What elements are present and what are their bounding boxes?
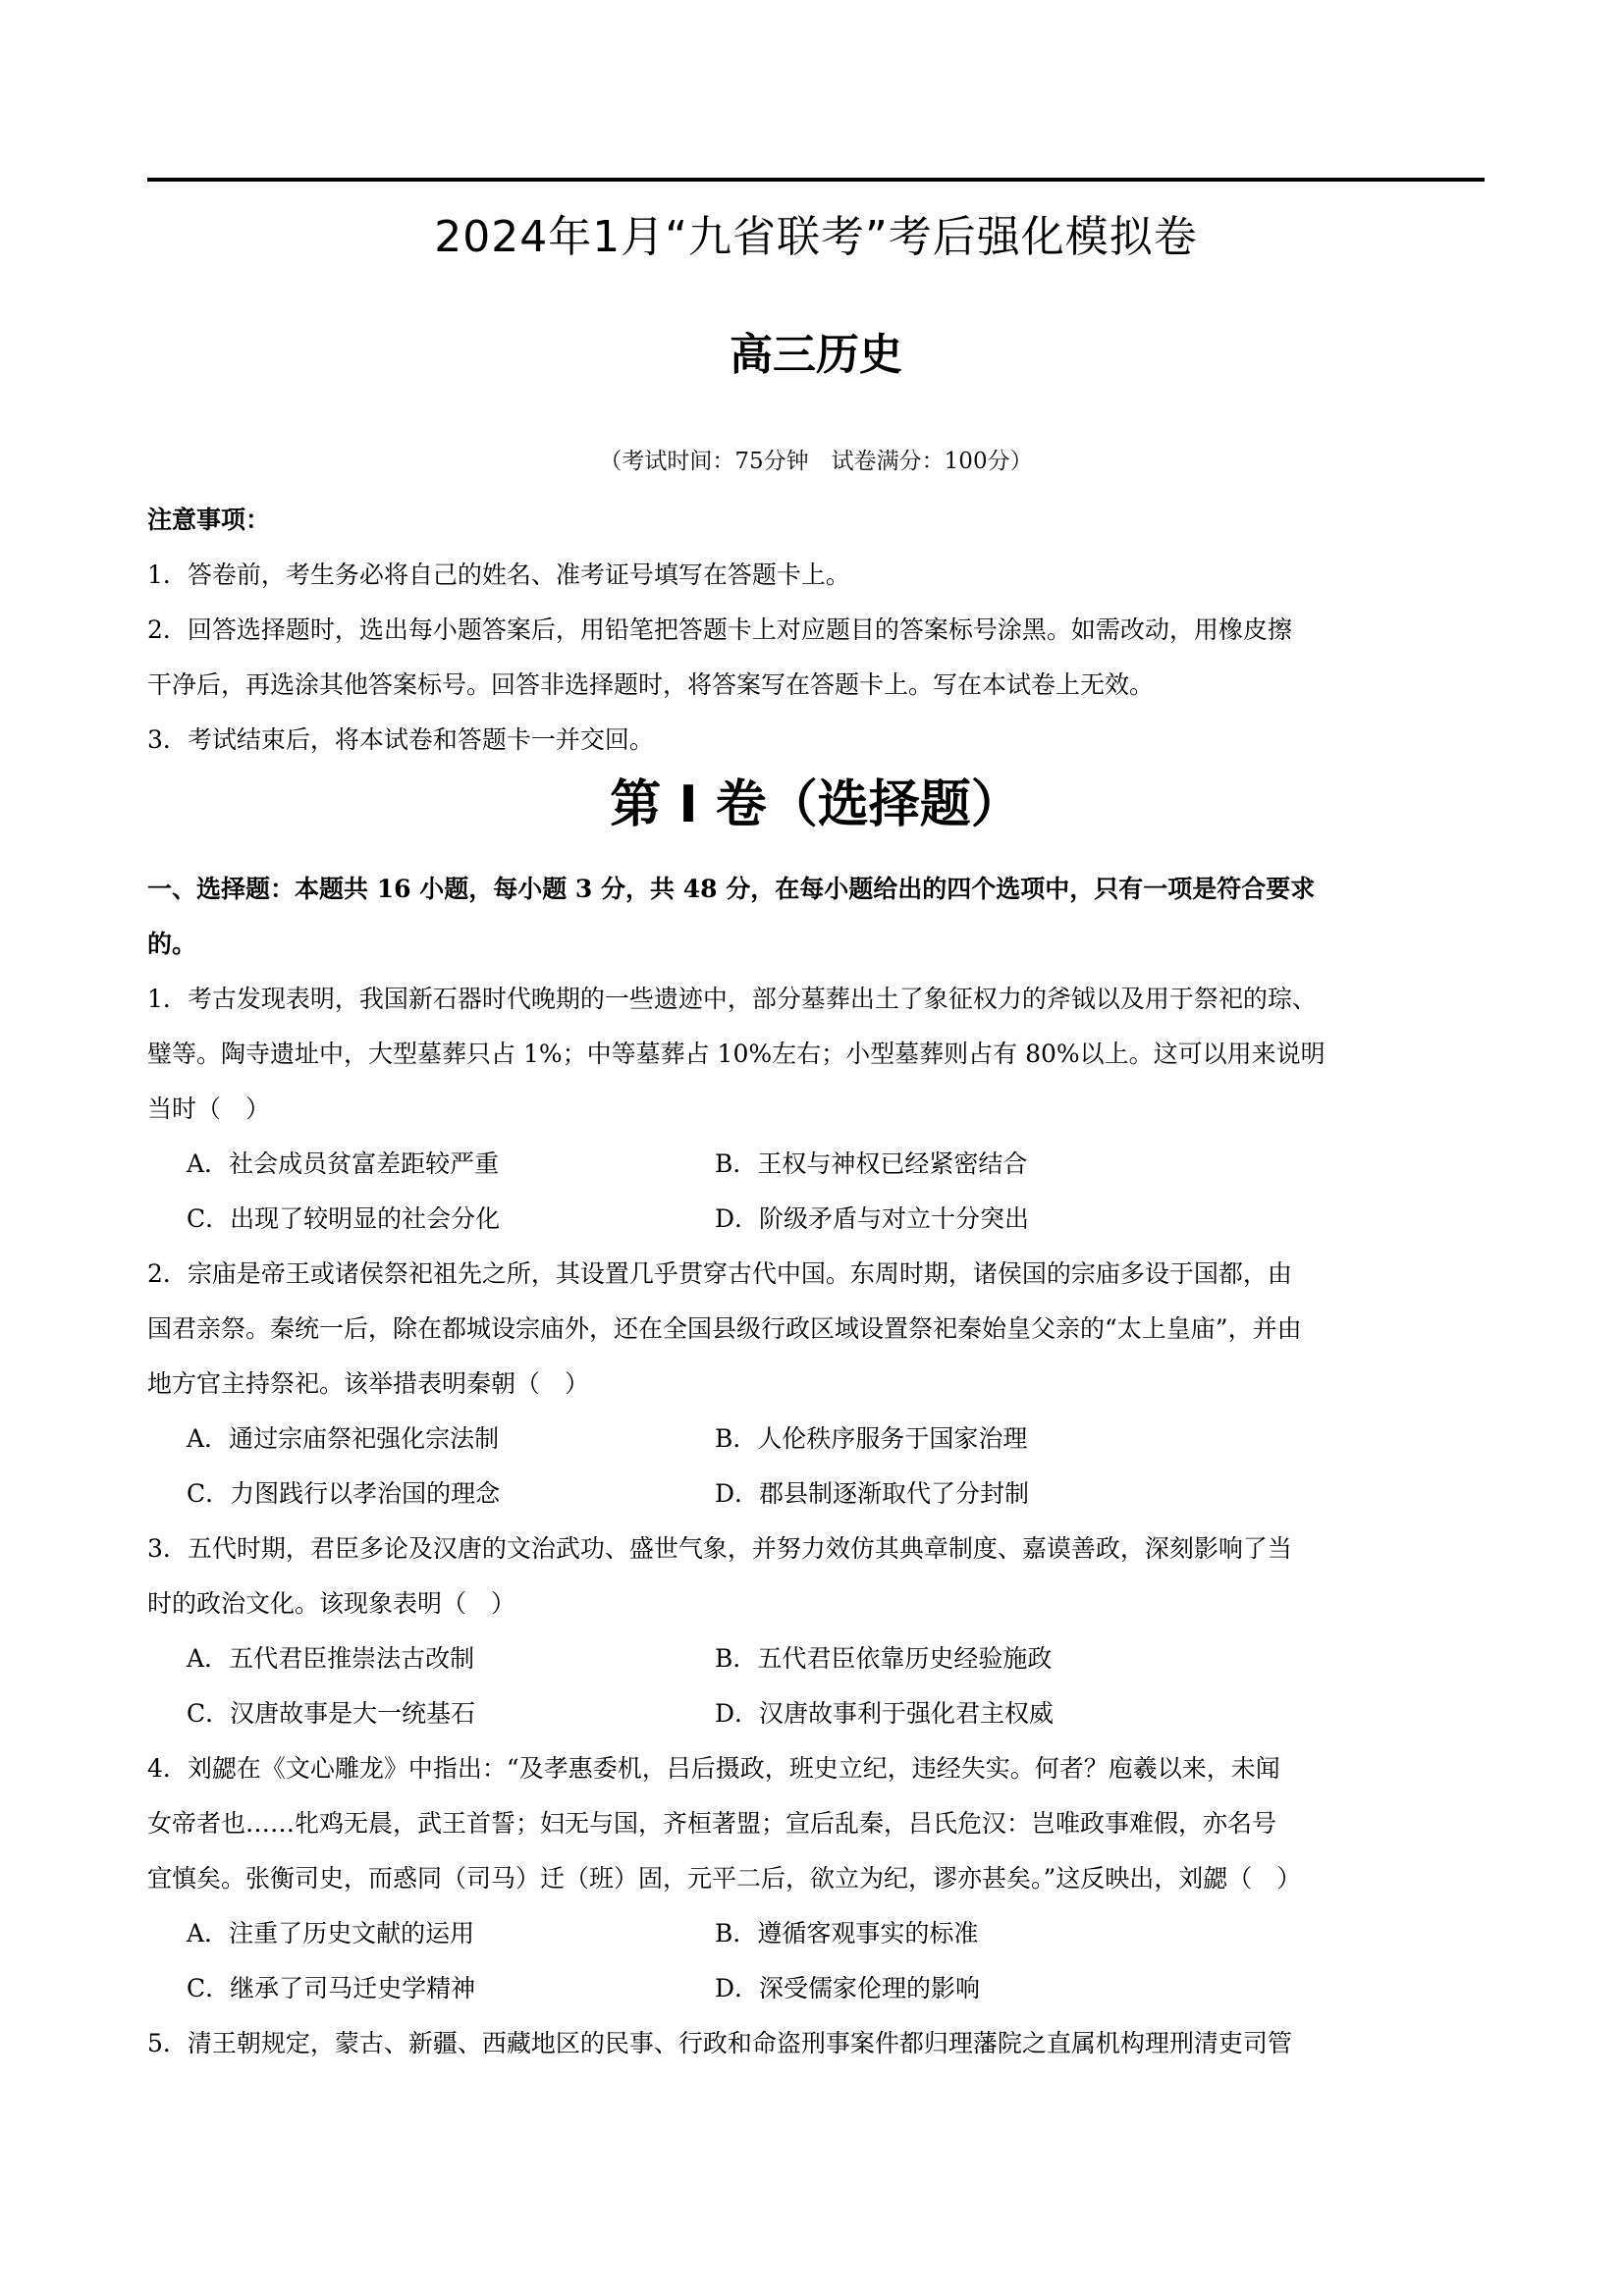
- option-letter: D．: [715, 1192, 759, 1247]
- question-2: 2．宗庙是帝王或诸侯祭祀祖先之所，其设置几乎贯穿古代中国。东周时期，诸侯国的宗庙…: [147, 1247, 1485, 1522]
- question-stem: 璧等。陶寺遗址中，大型墓葬只占 1%；中等墓葬占 10%左右；小型墓葬则占有 8…: [147, 1027, 1485, 1082]
- option-letter: A．: [187, 1631, 229, 1686]
- option-text: 遵循客观事实的标准: [757, 1919, 978, 1948]
- option-text: 五代君臣依靠历史经验施政: [757, 1644, 1052, 1673]
- exam-subject: 高三历史: [147, 326, 1485, 385]
- options-row: A．注重了历史文献的运用 B．遵循客观事实的标准: [147, 1906, 1485, 1961]
- option-text: 力图践行以孝治国的理念: [230, 1479, 500, 1508]
- option-letter: D．: [715, 1467, 759, 1522]
- options-row: C．出现了较明显的社会分化 D．阶级矛盾与对立十分突出: [147, 1192, 1485, 1247]
- option-text: 郡县制逐渐取代了分封制: [759, 1479, 1029, 1508]
- options-row: C．继承了司马迁史学精神 D．深受儒家伦理的影响: [147, 1961, 1485, 2016]
- options-row: A．通过宗庙祭祀强化宗法制 B．人伦秩序服务于国家治理: [147, 1412, 1485, 1467]
- question-stem: 地方官主持祭祀。该举措表明秦朝（ ）: [147, 1357, 1485, 1412]
- option-letter: A．: [187, 1137, 229, 1192]
- option-a[interactable]: A．五代君臣推崇法古改制: [187, 1631, 474, 1686]
- question-stem: 2．宗庙是帝王或诸侯祭祀祖先之所，其设置几乎贯穿古代中国。东周时期，诸侯国的宗庙…: [147, 1247, 1485, 1302]
- question-stem: 5．清王朝规定，蒙古、新疆、西藏地区的民事、行政和命盗刑事案件都归理藩院之直属机…: [147, 2016, 1485, 2071]
- option-text: 社会成员贫富差距较严重: [229, 1149, 499, 1178]
- option-d[interactable]: D．阶级矛盾与对立十分突出: [715, 1192, 1029, 1247]
- notice-heading: 注意事项：: [147, 493, 1485, 548]
- exam-page: 2024年1月“九省联考”考后强化模拟卷 高三历史 （考试时间：75分钟 试卷满…: [0, 0, 1624, 2296]
- option-text: 五代君臣推崇法古改制: [229, 1644, 474, 1673]
- options-row: C．汉唐故事是大一统基石 D．汉唐故事利于强化君主权威: [147, 1686, 1485, 1741]
- option-text: 汉唐故事是大一统基石: [230, 1699, 475, 1728]
- notice-line: 2．回答选择题时，选出每小题答案后，用铅笔把答题卡上对应题目的答案标号涂黑。如需…: [147, 603, 1485, 658]
- option-a[interactable]: A．通过宗庙祭祀强化宗法制: [187, 1412, 499, 1467]
- option-c[interactable]: C．继承了司马迁史学精神: [187, 1961, 475, 2016]
- section-instruction: 的。: [147, 917, 1485, 972]
- option-text: 深受儒家伦理的影响: [759, 1974, 980, 2002]
- option-d[interactable]: D．郡县制逐渐取代了分封制: [715, 1467, 1029, 1522]
- option-text: 汉唐故事利于强化君主权威: [759, 1699, 1054, 1728]
- option-letter: C．: [187, 1467, 230, 1522]
- option-c[interactable]: C．力图践行以孝治国的理念: [187, 1467, 500, 1522]
- header-rule: [147, 178, 1485, 182]
- option-text: 注重了历史文献的运用: [229, 1919, 474, 1948]
- section-instruction: 一、选择题：本题共 16 小题，每小题 3 分，共 48 分，在每小题给出的四个…: [147, 862, 1485, 917]
- option-c[interactable]: C．汉唐故事是大一统基石: [187, 1686, 475, 1741]
- option-b[interactable]: B．人伦秩序服务于国家治理: [715, 1412, 1027, 1467]
- option-b[interactable]: B．王权与神权已经紧密结合: [715, 1137, 1027, 1192]
- option-text: 继承了司马迁史学精神: [230, 1974, 475, 2002]
- question-4: 4．刘勰在《文心雕龙》中指出：“及孝惠委机，吕后摄政，班史立纪，违经失实。何者？…: [147, 1741, 1485, 2016]
- questions-section: 一、选择题：本题共 16 小题，每小题 3 分，共 48 分，在每小题给出的四个…: [147, 862, 1485, 2071]
- option-letter: A．: [187, 1412, 229, 1467]
- exam-meta: （考试时间：75分钟 试卷满分：100分）: [147, 444, 1485, 479]
- option-a[interactable]: A．社会成员贫富差距较严重: [187, 1137, 499, 1192]
- option-letter: B．: [715, 1412, 757, 1467]
- question-3: 3．五代时期，君臣多论及汉唐的文治武功、盛世气象，并努力效仿其典章制度、嘉谟善政…: [147, 1522, 1485, 1741]
- notice-line: 3．考试结束后，将本试卷和答题卡一并交回。: [147, 713, 1485, 768]
- options-row: A．社会成员贫富差距较严重 B．王权与神权已经紧密结合: [147, 1137, 1485, 1192]
- section-heading: 第 I 卷（选择题）: [147, 770, 1485, 840]
- option-letter: D．: [715, 1961, 759, 2016]
- options-row: C．力图践行以孝治国的理念 D．郡县制逐渐取代了分封制: [147, 1467, 1485, 1522]
- option-letter: B．: [715, 1631, 757, 1686]
- notice-section: 注意事项： 1．答卷前，考生务必将自己的姓名、准考证号填写在答题卡上。 2．回答…: [147, 493, 1485, 768]
- question-stem: 国君亲祭。秦统一后，除在都城设宗庙外，还在全国县级行政区域设置祭祀秦始皇父亲的“…: [147, 1302, 1485, 1357]
- exam-title: 2024年1月“九省联考”考后强化模拟卷: [147, 208, 1485, 267]
- notice-line: 1．答卷前，考生务必将自己的姓名、准考证号填写在答题卡上。: [147, 548, 1485, 603]
- options-row: A．五代君臣推崇法古改制 B．五代君臣依靠历史经验施政: [147, 1631, 1485, 1686]
- option-letter: B．: [715, 1137, 757, 1192]
- question-stem: 女帝者也……牝鸡无晨，武王首誓；妇无与国，齐桓著盟；宣后乱秦，吕氏危汉：岂唯政事…: [147, 1796, 1485, 1851]
- option-letter: C．: [187, 1686, 230, 1741]
- option-letter: B．: [715, 1906, 757, 1961]
- option-letter: A．: [187, 1906, 229, 1961]
- option-text: 出现了较明显的社会分化: [230, 1204, 500, 1233]
- option-text: 通过宗庙祭祀强化宗法制: [229, 1424, 499, 1453]
- question-stem: 1．考古发现表明，我国新石器时代晚期的一些遗迹中，部分墓葬出土了象征权力的斧钺以…: [147, 972, 1485, 1027]
- question-stem: 时的政治文化。该现象表明（ ）: [147, 1576, 1485, 1631]
- option-b[interactable]: B．遵循客观事实的标准: [715, 1906, 978, 1961]
- question-stem: 宜慎矣。张衡司史，而惑同（司马）迁（班）固，元平二后，欲立为纪，谬亦甚矣。”这反…: [147, 1851, 1485, 1906]
- option-d[interactable]: D．汉唐故事利于强化君主权威: [715, 1686, 1054, 1741]
- option-b[interactable]: B．五代君臣依靠历史经验施政: [715, 1631, 1052, 1686]
- option-a[interactable]: A．注重了历史文献的运用: [187, 1906, 474, 1961]
- question-stem: 当时（ ）: [147, 1082, 1485, 1137]
- option-d[interactable]: D．深受儒家伦理的影响: [715, 1961, 980, 2016]
- option-letter: C．: [187, 1961, 230, 2016]
- option-c[interactable]: C．出现了较明显的社会分化: [187, 1192, 500, 1247]
- option-letter: D．: [715, 1686, 759, 1741]
- notice-line: 干净后，再选涂其他答案标号。回答非选择题时，将答案写在答题卡上。写在本试卷上无效…: [147, 658, 1485, 713]
- question-stem: 4．刘勰在《文心雕龙》中指出：“及孝惠委机，吕后摄政，班史立纪，违经失实。何者？…: [147, 1741, 1485, 1796]
- question-stem: 3．五代时期，君臣多论及汉唐的文治武功、盛世气象，并努力效仿其典章制度、嘉谟善政…: [147, 1522, 1485, 1576]
- option-text: 人伦秩序服务于国家治理: [757, 1424, 1027, 1453]
- question-5: 5．清王朝规定，蒙古、新疆、西藏地区的民事、行政和命盗刑事案件都归理藩院之直属机…: [147, 2016, 1485, 2071]
- option-text: 王权与神权已经紧密结合: [757, 1149, 1027, 1178]
- question-1: 1．考古发现表明，我国新石器时代晚期的一些遗迹中，部分墓葬出土了象征权力的斧钺以…: [147, 972, 1485, 1247]
- option-text: 阶级矛盾与对立十分突出: [759, 1204, 1029, 1233]
- option-letter: C．: [187, 1192, 230, 1247]
